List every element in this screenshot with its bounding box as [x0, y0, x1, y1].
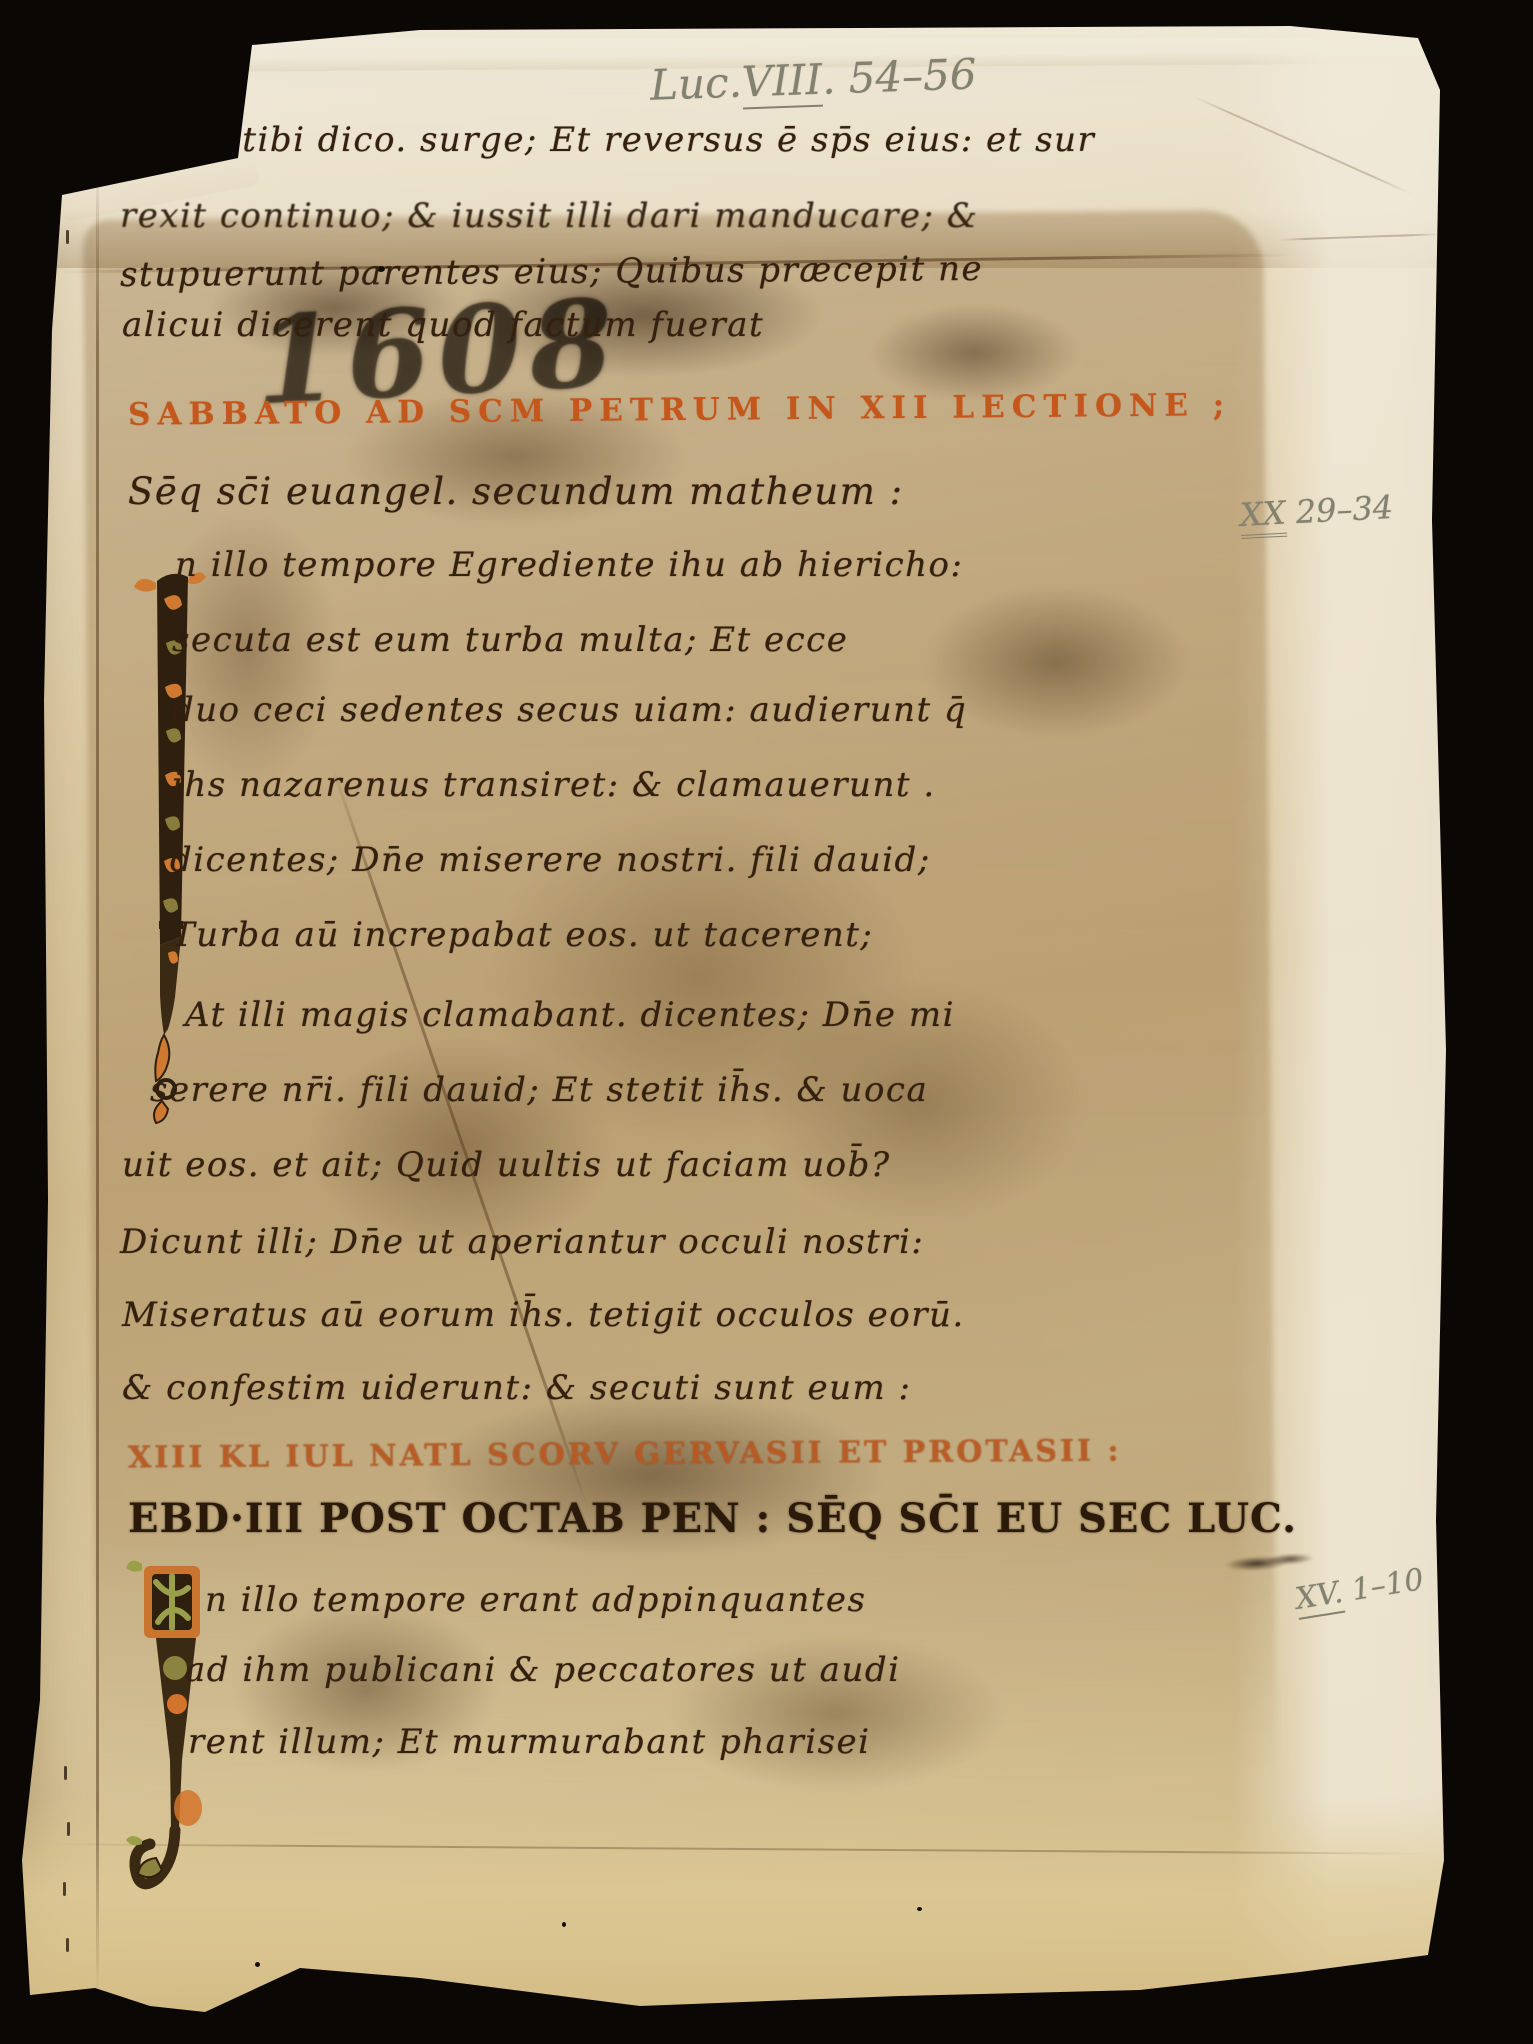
text-line: Dicunt illi; Dn̄e ut aperiantur occuli n…: [120, 1222, 924, 1262]
horizontal-seam-crease-right: [1277, 233, 1442, 241]
text-line: uit eos. et ait; Quid uultis ut faciam u…: [122, 1145, 891, 1185]
pencil-reference-margin-2: XV. 1–10: [1293, 1562, 1426, 1617]
rubric-line-faded: XIII KL IUL NATL SCORV GERVASII ET PROTA…: [128, 1434, 1122, 1476]
stitch-mark: [66, 1938, 69, 1952]
stitch-mark: [67, 1822, 70, 1836]
text-line: Turba aū increpabat eos. ut tacerent;: [172, 915, 873, 955]
worm-hole: [562, 1922, 566, 1927]
text-line: serere nr̄i. fili dauid; Et stetit ih̄s.…: [150, 1070, 928, 1110]
pencil-reference-top: Luc.VIII. 54–56: [649, 49, 977, 109]
text-line: alicui dicerent quod factum fuerat: [122, 305, 764, 345]
text-line: n illo tempore Egrediente ihu ab hierich…: [175, 545, 963, 585]
text-line: stupuerunt parentes eius; Quibus præcepi…: [120, 249, 983, 295]
manuscript-photo: Luc.VIII. 54–56 XX 29–34 XV. 1–10 1608: [0, 0, 1533, 2044]
text-line: secuta est eum turba multa; Et ecce: [172, 620, 848, 660]
pencil-verses: 29–34: [1295, 488, 1394, 531]
display-rubric-line: EBD·III POST OCTAB PEN : SĒQ SC̄I EU SE…: [128, 1495, 1297, 1542]
worm-hole: [125, 86, 132, 93]
text-line: duo ceci sedentes secus uiam: audierunt …: [172, 690, 967, 730]
text-line: rent illum; Et murmurabant pharisei: [188, 1722, 871, 1762]
pencil-chapter: XV.: [1293, 1575, 1346, 1620]
ink-smudge: [1217, 1548, 1314, 1579]
pencil-ref-book: VIII: [741, 55, 823, 110]
text-line: Miseratus aū eorum ih̄s. tetigit occulos…: [122, 1295, 965, 1335]
stitch-mark: [63, 1882, 66, 1896]
pencil-chapter: XX: [1239, 494, 1287, 539]
stitch-mark: [66, 230, 69, 244]
text-line: n illo tempore erant adppinquantes: [205, 1580, 866, 1620]
pencil-verses: 1–10: [1349, 1562, 1426, 1608]
parchment-page: Luc.VIII. 54–56 XX 29–34 XV. 1–10 1608: [22, 24, 1448, 2016]
pencil-ref-sep: .: [821, 54, 836, 103]
pencil-reference-margin-1: XX 29–34: [1239, 488, 1394, 534]
worm-hole: [917, 1907, 922, 1911]
incipit-line: Sēq sc̄i euangel. secundum matheum :: [128, 470, 904, 513]
bottom-crease: [52, 1843, 1432, 1855]
text-line: dicentes; Dn̄e miserere nostri. fili dau…: [170, 840, 931, 880]
text-line: ihs nazarenus transiret: & clamauerunt .: [172, 765, 936, 805]
gutter-fold-crease: [96, 164, 99, 1994]
text-line: ad ihm publicani & peccatores ut audi: [185, 1650, 900, 1690]
right-margin-light-band: [1234, 24, 1448, 2016]
stitch-mark: [64, 1766, 67, 1780]
text-line: ellæ! tibi dico. surge; Et reversus ē sp…: [135, 120, 1095, 160]
pencil-ref-prefix: Luc.: [649, 58, 742, 110]
worm-hole: [255, 1962, 260, 1967]
top-right-crease: [1192, 95, 1412, 194]
text-line: & confestim uiderunt: & secuti sunt eum …: [122, 1368, 912, 1408]
text-line: At illi magis clamabant. dicentes; Dn̄e …: [185, 995, 955, 1035]
pencil-ref-verses: 54–56: [848, 49, 978, 102]
text-line: rexit continuo; & iussit illi dari mandu…: [120, 196, 979, 236]
bottom-light-band: [22, 1796, 1448, 2016]
